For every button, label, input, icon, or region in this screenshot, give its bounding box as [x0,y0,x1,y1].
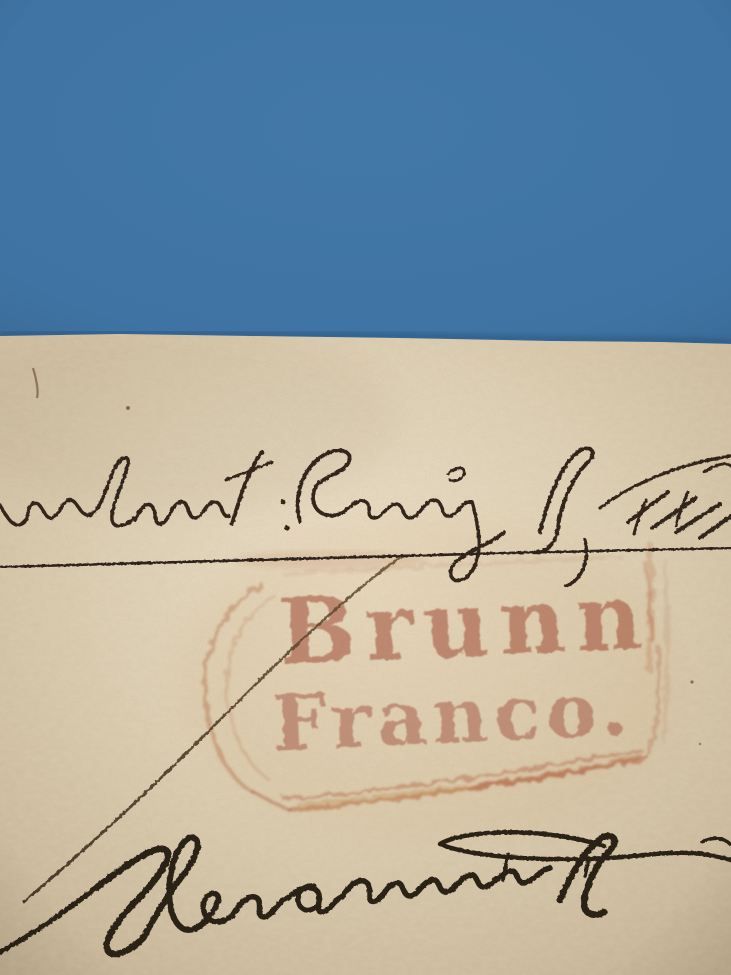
letter-photo-canvas: Brunn Franco. [0,0,731,975]
photo-of-antique-letter: Brunn Franco. [0,0,731,975]
photo-vignette [0,0,731,975]
